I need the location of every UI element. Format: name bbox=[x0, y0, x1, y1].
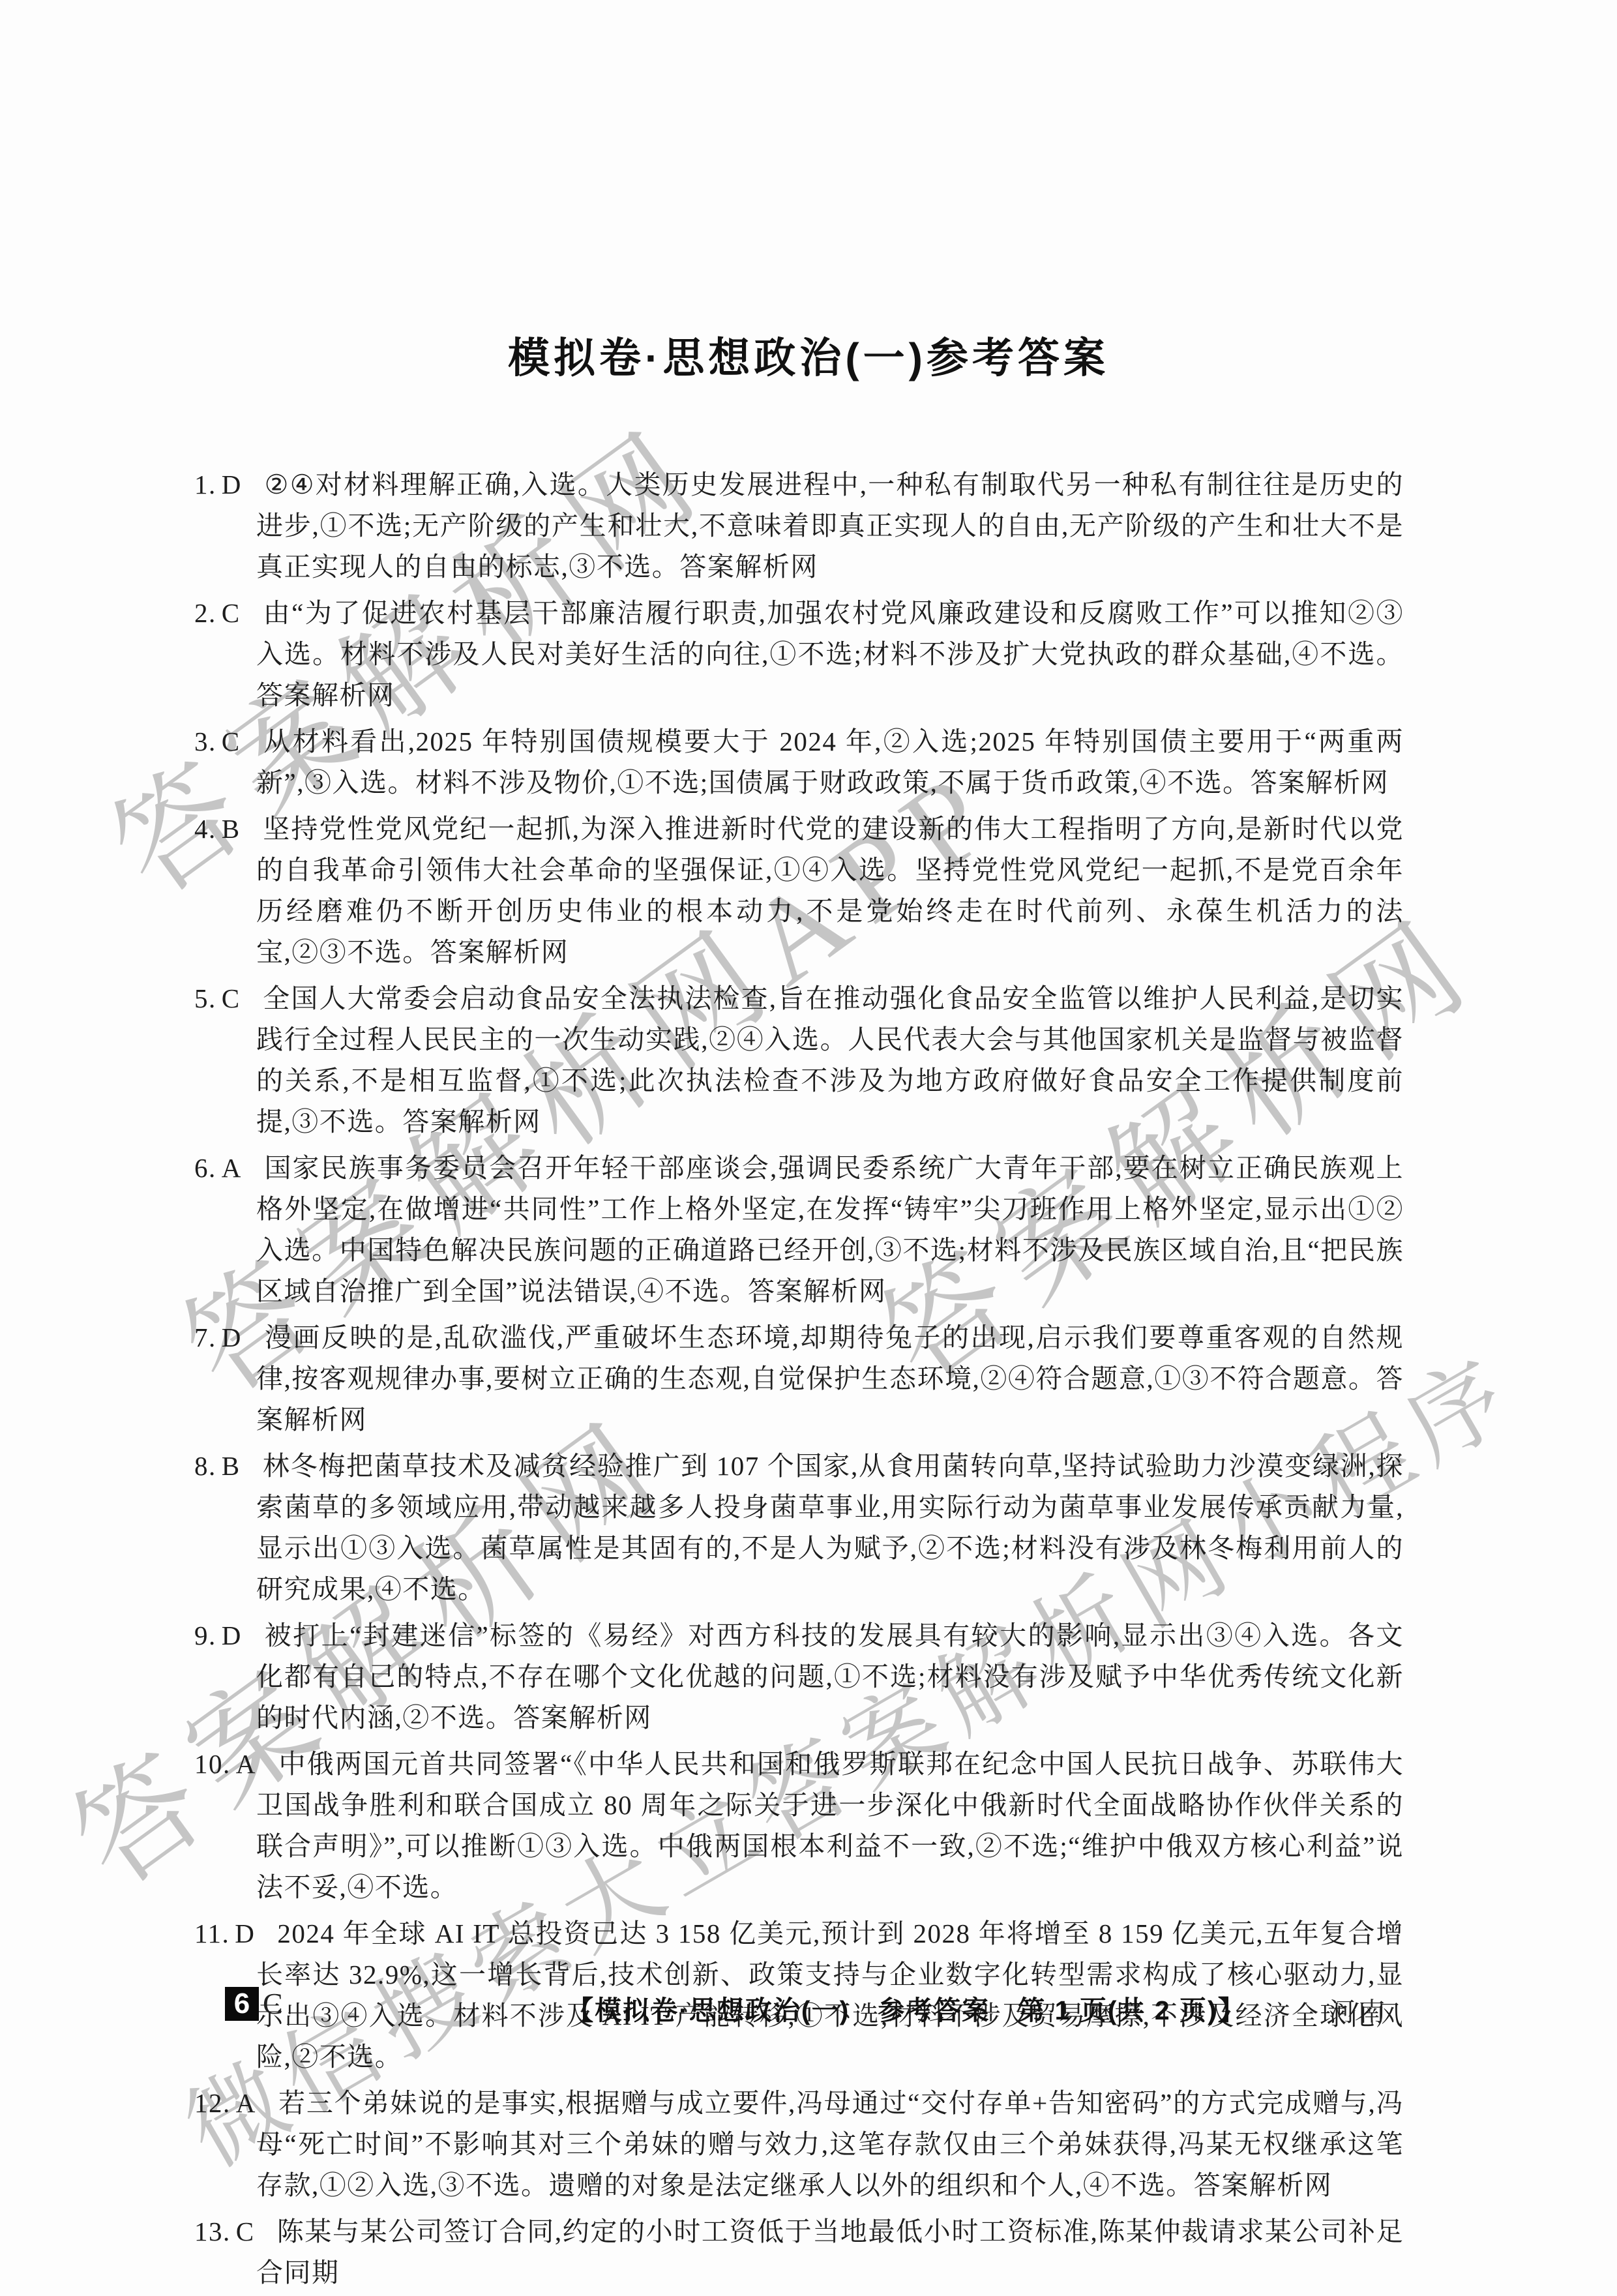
answer-text: 中俄两国元首共同签署“《中华人民共和国和俄罗斯联邦在纪念中国人民抗日战争、苏联伟… bbox=[256, 1749, 1404, 1902]
answer-choice: B bbox=[222, 814, 241, 844]
answer-item: 10.A中俄两国元首共同签署“《中华人民共和国和俄罗斯联邦在纪念中国人民抗日战争… bbox=[194, 1744, 1404, 1908]
answer-text: 若三个弟妹说的是事实,根据赠与成立要件,冯母通过“交付存单+告知密码”的方式完成… bbox=[256, 2088, 1404, 2200]
answer-item: 12.A若三个弟妹说的是事实,根据赠与成立要件,冯母通过“交付存单+告知密码”的… bbox=[194, 2083, 1404, 2206]
answer-item: 13.C陈某与某公司签订合同,约定的小时工资低于当地最低小时工资标准,陈某仲裁请… bbox=[194, 2211, 1404, 2293]
footer-region: 河南 bbox=[1329, 1991, 1389, 2029]
answer-item: 9.D被打上“封建迷信”标签的《易经》对西方科技的发展具有较大的影响,显示出③④… bbox=[194, 1615, 1404, 1738]
answer-text: 从材料看出,2025 年特别国债规模要大于 2024 年,②入选;2025 年特… bbox=[256, 726, 1404, 798]
answer-number: 7. bbox=[194, 1322, 216, 1352]
answer-text: 国家民族事务委员会召开年轻干部座谈会,强调民委系统广大青年干部,要在树立正确民族… bbox=[256, 1153, 1404, 1306]
footer-title: 【模拟卷·思想政治(一) 参考答案 第 1 页(共 2 页)】 bbox=[567, 1989, 1245, 2027]
answer-item: 7.D漫画反映的是,乱砍滥伐,严重破坏生态环境,却期待兔子的出现,启示我们要尊重… bbox=[194, 1317, 1404, 1440]
answer-number: 10. bbox=[194, 1749, 231, 1779]
answer-item: 8.B林冬梅把菌草技术及减贫经验推广到 107 个国家,从食用菌转向草,坚持试验… bbox=[194, 1446, 1404, 1610]
answer-number: 8. bbox=[194, 1451, 216, 1481]
answer-choice: C bbox=[222, 598, 241, 628]
answer-text: 林冬梅把菌草技术及减贫经验推广到 107 个国家,从食用菌转向草,坚持试验助力沙… bbox=[256, 1451, 1404, 1604]
answer-item: 2.C由“为了促进农村基层干部廉洁履行职责,加强农村党风廉政建设和反腐败工作”可… bbox=[194, 593, 1404, 716]
answer-choice: B bbox=[222, 1451, 241, 1481]
answer-number: 4. bbox=[194, 814, 216, 844]
answer-text: 全国人大常委会启动食品安全法执法检查,旨在推动强化食品安全监管以维护人民利益,是… bbox=[256, 983, 1404, 1137]
answer-number: 5. bbox=[194, 983, 216, 1013]
answer-item: 5.C全国人大常委会启动食品安全法执法检查,旨在推动强化食品安全监管以维护人民利… bbox=[194, 978, 1404, 1142]
answer-number: 2. bbox=[194, 598, 216, 628]
answer-item: 6.A国家民族事务委员会召开年轻干部座谈会,强调民委系统广大青年干部,要在树立正… bbox=[194, 1148, 1404, 1312]
answer-choice: C bbox=[236, 2216, 255, 2246]
answer-number: 12. bbox=[194, 2088, 231, 2118]
answer-text: ②④对材料理解正确,入选。人类历史发展进程中,一种私有制取代另一种私有制往往是历… bbox=[256, 470, 1404, 582]
answer-item: 1.D②④对材料理解正确,入选。人类历史发展进程中,一种私有制取代另一种私有制往… bbox=[194, 464, 1404, 588]
answer-choice: C bbox=[222, 983, 241, 1013]
answer-choice: D bbox=[222, 1620, 242, 1650]
answer-number: 3. bbox=[194, 726, 216, 756]
answer-number: 9. bbox=[194, 1620, 216, 1650]
answer-text: 由“为了促进农村基层干部廉洁履行职责,加强农村党风廉政建设和反腐败工作”可以推知… bbox=[256, 598, 1404, 710]
answer-text: 被打上“封建迷信”标签的《易经》对西方科技的发展具有较大的影响,显示出③④入选。… bbox=[256, 1620, 1404, 1733]
answer-text: 坚持党性党风党纪一起抓,为深入推进新时代党的建设新的伟大工程指明了方向,是新时代… bbox=[256, 814, 1404, 967]
answer-choice: D bbox=[222, 1322, 242, 1352]
footer-code-letter: C bbox=[263, 1986, 283, 2021]
answer-choice: D bbox=[235, 1918, 255, 1948]
answer-number: 13. bbox=[194, 2216, 231, 2246]
answer-choice: A bbox=[222, 1153, 242, 1183]
answer-number: 1. bbox=[194, 470, 216, 499]
answer-text: 漫画反映的是,乱砍滥伐,严重破坏生态环境,却期待兔子的出现,启示我们要尊重客观的… bbox=[256, 1322, 1404, 1435]
document-page: 答案解析网 答案解析网APP 答案解析网 答案解析网 微信搜索大立答案解析网小程… bbox=[0, 0, 1617, 2296]
answer-choice: D bbox=[222, 470, 242, 499]
answer-choice: A bbox=[236, 2088, 256, 2118]
answer-item: 4.B坚持党性党风党纪一起抓,为深入推进新时代党的建设新的伟大工程指明了方向,是… bbox=[194, 809, 1404, 973]
page-title: 模拟卷·思想政治(一)参考答案 bbox=[0, 325, 1617, 385]
answer-choice: C bbox=[222, 726, 241, 756]
answer-text: 陈某与某公司签订合同,约定的小时工资低于当地最低小时工资标准,陈某仲裁请求某公司… bbox=[256, 2216, 1404, 2288]
answer-item: 3.C从材料看出,2025 年特别国债规模要大于 2024 年,②入选;2025… bbox=[194, 721, 1404, 803]
answer-choice: A bbox=[236, 1749, 256, 1779]
footer-code: 6 C bbox=[225, 1986, 283, 2021]
answer-number: 11. bbox=[194, 1918, 230, 1948]
footer-code-box: 6 bbox=[225, 1987, 259, 2021]
answer-number: 6. bbox=[194, 1153, 216, 1183]
page-footer: 6 C 【模拟卷·思想政治(一) 参考答案 第 1 页(共 2 页)】 河南 bbox=[0, 1982, 1617, 2041]
